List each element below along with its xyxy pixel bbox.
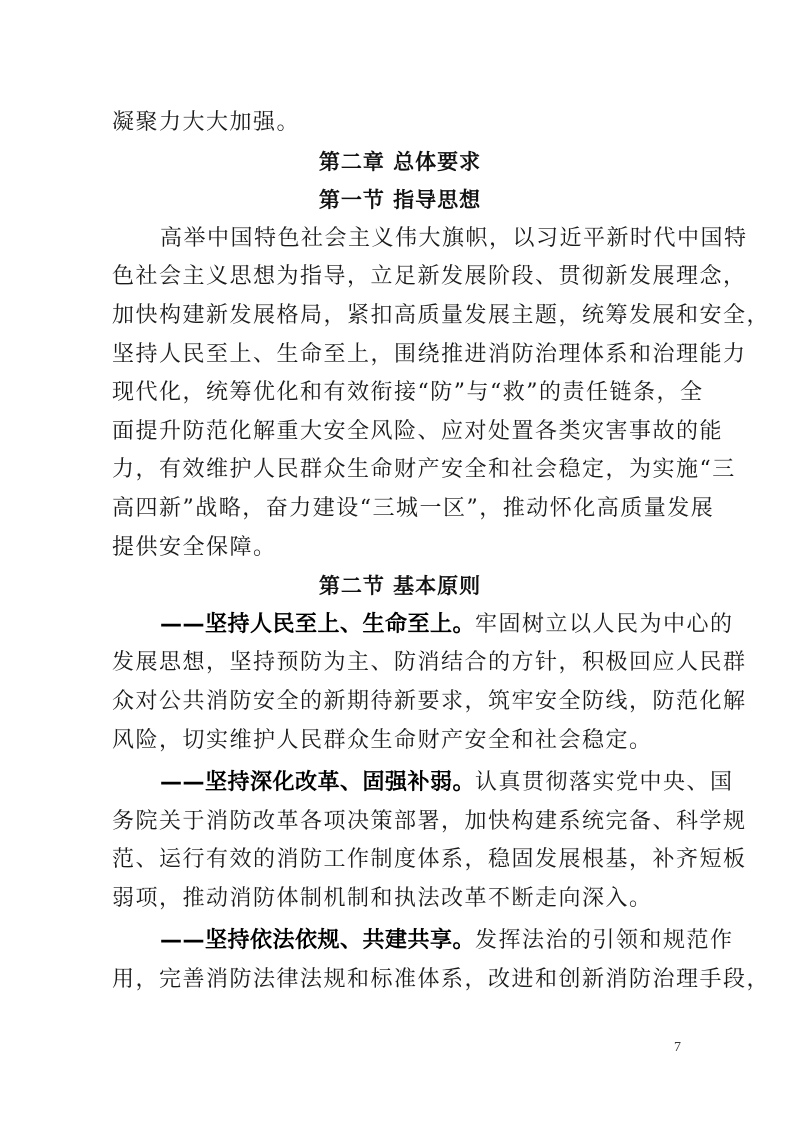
paragraph-line: 高四新”战略，奋力建设“三城一区”，推动怀化高质量发展: [112, 490, 688, 529]
continuation-line: 凝聚力大大加强。: [112, 104, 688, 143]
page-number: 7: [674, 1040, 681, 1056]
principle-text: 发挥法治的引领和规范作: [475, 928, 734, 953]
paragraph-line: 务院关于消防改革各项决策部署，加快构建系统完备、科学规: [112, 803, 688, 842]
paragraph-line: ——坚持人民至上、生命至上。牢固树立以人民为中心的: [112, 606, 688, 645]
paragraph-line: ——坚持深化改革、固强补弱。认真贯彻落实党中央、国: [112, 764, 688, 803]
principle-deepen-reform: ——坚持深化改革、固强补弱。认真贯彻落实党中央、国 务院关于消防改革各项决策部署…: [112, 764, 688, 918]
paragraph-line: 高举中国特色社会主义伟大旗帜，以习近平新时代中国特: [112, 220, 688, 259]
section-title-basic-principles: 第二节 基本原则: [112, 567, 688, 606]
principle-lead: ——坚持人民至上、生命至上。: [160, 612, 475, 637]
guiding-ideology-paragraph: 高举中国特色社会主义伟大旗帜，以习近平新时代中国特 色社会主义思想为指导，立足新…: [112, 220, 688, 567]
paragraph-line: 弱项，推动消防体制机制和执法改革不断走向深入。: [112, 880, 688, 919]
paragraph-line: 风险，切实维护人民群众生命财产安全和社会稳定。: [112, 722, 688, 761]
principle-people-first: ——坚持人民至上、生命至上。牢固树立以人民为中心的 发展思想，坚持预防为主、防消…: [112, 606, 688, 760]
paragraph-line: 现代化，统筹优化和有效衔接“防”与“救”的责任链条，全: [112, 374, 688, 413]
principle-lead: ——坚持深化改革、固强补弱。: [160, 770, 475, 795]
principle-rule-of-law: ——坚持依法依规、共建共享。发挥法治的引领和规范作 用，完善消防法律法规和标准体…: [112, 922, 688, 999]
chapter-title: 第二章 总体要求: [112, 143, 688, 182]
paragraph-line: 坚持人民至上、生命至上，围绕推进消防治理体系和治理能力: [112, 336, 688, 375]
principle-text: 牢固树立以人民为中心的: [475, 612, 734, 637]
paragraph-line: 色社会主义思想为指导，立足新发展阶段、贯彻新发展理念，: [112, 258, 688, 297]
principle-text: 认真贯彻落实党中央、国: [475, 770, 734, 795]
paragraph-line: 面提升防范化解重大安全风险、应对处置各类灾害事故的能: [112, 413, 688, 452]
paragraph-line: 用，完善消防法律法规和标准体系，改进和创新消防治理手段，: [112, 961, 688, 1000]
principle-lead: ——坚持依法依规、共建共享。: [160, 928, 475, 953]
section-title-guiding-ideology: 第一节 指导思想: [112, 181, 688, 220]
paragraph-line: 提供安全保障。: [112, 529, 688, 568]
paragraph-line: 加快构建新发展格局，紧扣高质量发展主题，统筹发展和安全，: [112, 297, 688, 336]
paragraph-line: 范、运行有效的消防工作制度体系，稳固发展根基，补齐短板: [112, 841, 688, 880]
document-page: 凝聚力大大加强。 第二章 总体要求 第一节 指导思想 高举中国特色社会主义伟大旗…: [112, 104, 688, 1000]
paragraph-line: 发展思想，坚持预防为主、防消结合的方针，积极回应人民群: [112, 644, 688, 683]
paragraph-line: 力，有效维护人民群众生命财产安全和社会稳定，为实施“三: [112, 451, 688, 490]
paragraph-line: ——坚持依法依规、共建共享。发挥法治的引领和规范作: [112, 922, 688, 961]
paragraph-line: 众对公共消防安全的新期待新要求，筑牢安全防线，防范化解: [112, 683, 688, 722]
